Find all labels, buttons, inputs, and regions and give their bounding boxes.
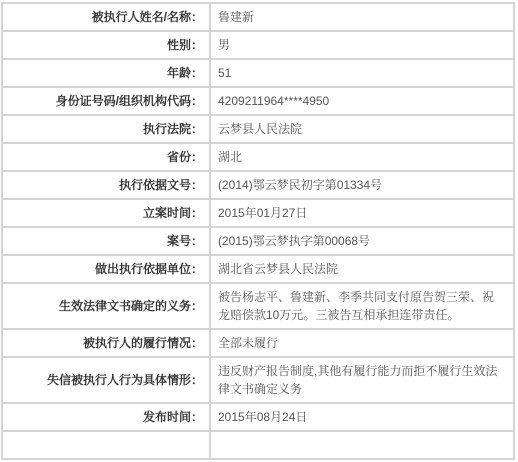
row-value: 湖北 bbox=[210, 143, 514, 171]
table-row-partial-bottom bbox=[2, 431, 514, 459]
row-value: 鲁建新 bbox=[210, 3, 514, 31]
row-label: 身份证号码/组织机构代码： bbox=[2, 87, 210, 115]
row-value: 违反财产报告制度,其他有履行能力而拒不履行生效法律文书确定义务 bbox=[210, 357, 514, 403]
row-value: 被告杨志平、鲁建新、李季共同支付原告贺三荣、祝龙赔偿款10万元。三被告互相承担连… bbox=[210, 283, 514, 329]
table-row-filing-date: 立案时间： 2015年01月27日 bbox=[2, 199, 514, 227]
row-label: 执行法院： bbox=[2, 115, 210, 143]
row-value: 云梦县人民法院 bbox=[210, 115, 514, 143]
row-value: (2015)鄂云梦执字第00068号 bbox=[210, 227, 514, 255]
row-value: 2015年01月27日 bbox=[210, 199, 514, 227]
row-value: (2014)鄂云梦民初字第01334号 bbox=[210, 171, 514, 199]
row-value: 湖北省云梦县人民法院 bbox=[210, 255, 514, 283]
row-value: 男 bbox=[210, 31, 514, 59]
row-label: 执行依据文号： bbox=[2, 171, 210, 199]
table-row-performance-status: 被执行人的履行情况： 全部未履行 bbox=[2, 329, 514, 357]
row-label: 被执行人姓名/名称： bbox=[2, 3, 210, 31]
table-row-id-number: 身份证号码/组织机构代码： 4209211964****4950 bbox=[2, 87, 514, 115]
table-row-basis-issuing-unit: 做出执行依据单位： 湖北省云梦县人民法院 bbox=[2, 255, 514, 283]
row-label: 年龄： bbox=[2, 59, 210, 87]
row-label: 性别： bbox=[2, 31, 210, 59]
row-label: 被执行人的履行情况： bbox=[2, 329, 210, 357]
row-value: 4209211964****4950 bbox=[210, 87, 514, 115]
table-row-case-number: 案号： (2015)鄂云梦执字第00068号 bbox=[2, 227, 514, 255]
table-row-basis-document-number: 执行依据文号： (2014)鄂云梦民初字第01334号 bbox=[2, 171, 514, 199]
row-label: 省份： bbox=[2, 143, 210, 171]
row-value bbox=[210, 431, 514, 459]
table-row-dishonest-conduct: 失信被执行人行为具体情形： 违反财产报告制度,其他有履行能力而拒不履行生效法律文… bbox=[2, 357, 514, 403]
table-row-age: 年龄： 51 bbox=[2, 59, 514, 87]
table-row-executing-court: 执行法院： 云梦县人民法院 bbox=[2, 115, 514, 143]
row-label: 发布时间： bbox=[2, 403, 210, 431]
row-value: 全部未履行 bbox=[210, 329, 514, 357]
debtor-info-table: 被执行人姓名/名称： 鲁建新 性别： 男 年龄： 51 身份证号码/组织机构代码… bbox=[1, 2, 515, 460]
table-row-publish-date: 发布时间： 2015年08月24日 bbox=[2, 403, 514, 431]
table-row-name: 被执行人姓名/名称： 鲁建新 bbox=[2, 3, 514, 31]
table-row-legal-obligation: 生效法律文书确定的义务： 被告杨志平、鲁建新、李季共同支付原告贺三荣、祝龙赔偿款… bbox=[2, 283, 514, 329]
table-row-gender: 性别： 男 bbox=[2, 31, 514, 59]
row-label: 失信被执行人行为具体情形： bbox=[2, 357, 210, 403]
row-value: 51 bbox=[210, 59, 514, 87]
row-label: 案号： bbox=[2, 227, 210, 255]
row-value: 2015年08月24日 bbox=[210, 403, 514, 431]
row-label bbox=[2, 431, 210, 459]
row-label: 做出执行依据单位： bbox=[2, 255, 210, 283]
row-label: 立案时间： bbox=[2, 199, 210, 227]
table-row-province: 省份： 湖北 bbox=[2, 143, 514, 171]
row-label: 生效法律文书确定的义务： bbox=[2, 283, 210, 329]
